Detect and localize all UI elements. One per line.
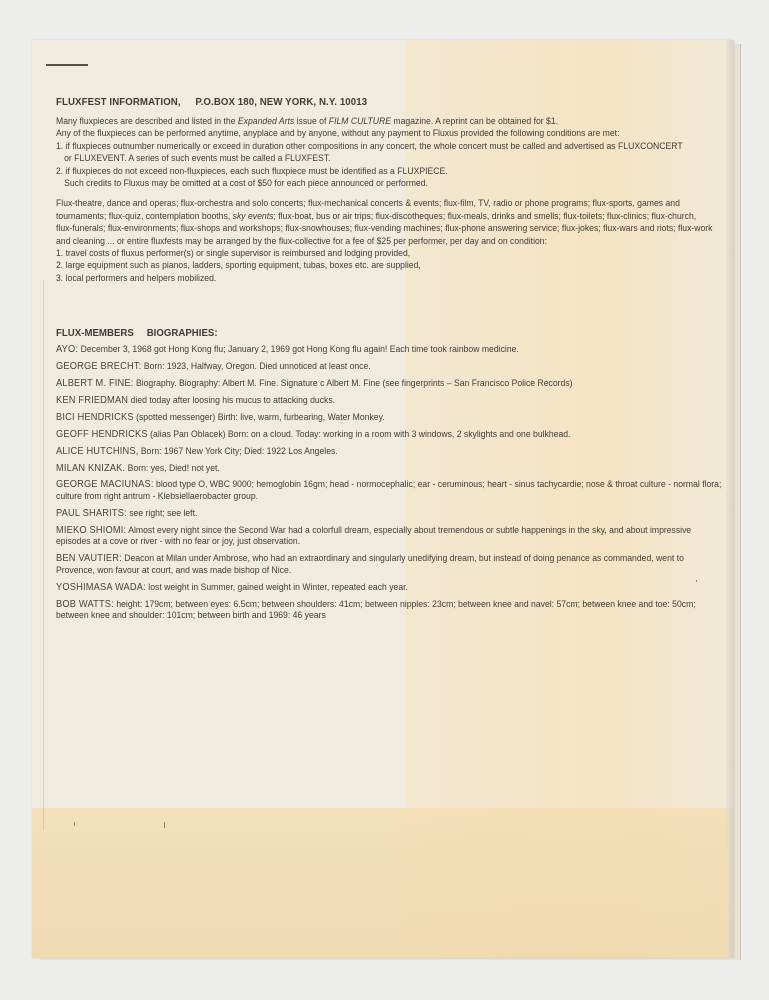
member-bio-text: Biography. Biography: Albert M. Fine. Si… <box>134 378 573 389</box>
member-name: BICI HENDRICKS <box>56 412 134 423</box>
condition-item: 1. if fluxpieces outnumber numerically o… <box>56 141 685 166</box>
biography-entry: MILAN KNIZAK. Born: yes, Died! not yet. <box>56 463 724 475</box>
member-bio-text: Born: 1967 New York City; Died: 1922 Los… <box>139 446 338 457</box>
biography-list: AYO: December 3, 1968 got Hong Kong flu;… <box>56 344 728 622</box>
sky-events: sky events <box>233 211 274 222</box>
biography-entry: BEN VAUTIER: Deacon at Milan under Ambro… <box>56 553 724 576</box>
heading-biographies: BIOGRAPHIES: <box>147 327 218 339</box>
member-name: BOB WATTS: <box>56 599 114 610</box>
member-bio-text: Almost every night since the Second War … <box>56 525 691 548</box>
speck <box>164 822 165 828</box>
intro-line-1: Many fluxpieces are described and listed… <box>56 116 722 128</box>
member-name: GEORGE BRECHT: <box>56 361 141 372</box>
member-bio-text: (spotted messenger) Birth: live, warm, f… <box>134 412 385 423</box>
intro-text: issue of <box>294 116 329 127</box>
member-name: GEOFF HENDRICKS <box>56 429 148 440</box>
member-bio-text: died today after loosing his mucus to at… <box>128 395 335 406</box>
biography-entry: BICI HENDRICKS (spotted messenger) Birth… <box>56 412 724 424</box>
member-bio-text: height: 179cm; between eyes: 6.5cm; betw… <box>56 599 696 622</box>
member-name: ALBERT M. FINE: <box>56 378 134 389</box>
member-name: MILAN KNIZAK. <box>56 463 125 474</box>
magazine-title: FILM CULTURE <box>329 116 391 127</box>
member-name: GEORGE MACIUNAS: <box>56 479 154 490</box>
biography-entry: YOSHIMASA WADA: lost weight in Summer, g… <box>56 582 724 594</box>
page-heading: FLUXFEST INFORMATION,P.O.BOX 180, NEW YO… <box>56 96 674 108</box>
document-content: FLUXFEST INFORMATION,P.O.BOX 180, NEW YO… <box>56 96 728 627</box>
condition-item: 2. if fluxpieces do not exceed non-fluxp… <box>56 166 722 178</box>
biography-entry: ALBERT M. FINE: Biography. Biography: Al… <box>56 378 724 390</box>
publication-title: Expanded Arts <box>238 116 294 127</box>
services-text: Flux-theatre, dance and operas; flux-orc… <box>56 198 713 248</box>
member-name: BEN VAUTIER: <box>56 553 122 564</box>
fold-line <box>43 280 44 830</box>
biography-entry: ALICE HUTCHINS, Born: 1967 New York City… <box>56 446 724 458</box>
document-page: FLUXFEST INFORMATION,P.O.BOX 180, NEW YO… <box>32 40 734 958</box>
intro-text: Many fluxpieces are described and listed… <box>56 116 238 127</box>
biography-entry: MIEKO SHIOMI: Almost every night since t… <box>56 525 724 548</box>
service-condition: 1. travel costs of fluxus performer(s) o… <box>56 248 722 260</box>
heading-address: P.O.BOX 180, NEW YORK, N.Y. 10013 <box>195 96 367 108</box>
biography-entry: AYO: December 3, 1968 got Hong Kong flu;… <box>56 344 724 356</box>
biography-entry: KEN FRIEDMAN died today after loosing hi… <box>56 395 724 407</box>
biography-entry: GEORGE BRECHT: Born: 1923, Halfway, Oreg… <box>56 361 724 373</box>
biography-entry: PAUL SHARITS: see right; see left. <box>56 508 724 520</box>
member-name: ALICE HUTCHINS, <box>56 446 139 457</box>
member-name: YOSHIMASA WADA: <box>56 582 146 593</box>
member-name: PAUL SHARITS: <box>56 508 127 519</box>
member-name: AYO: <box>56 344 78 355</box>
spacer <box>56 293 728 327</box>
service-condition: 2. large equipment such as pianos, ladde… <box>56 260 722 272</box>
member-bio-text: lost weight in Summer, gained weight in … <box>146 582 408 593</box>
intro-section: Many fluxpieces are described and listed… <box>56 116 722 190</box>
credits-note: Such credits to Fluxus may be omitted at… <box>56 178 722 190</box>
biography-entry: BOB WATTS: height: 179cm; between eyes: … <box>56 599 724 622</box>
heading-flux-members: FLUX-MEMBERS <box>56 327 134 339</box>
pen-mark-dash <box>46 64 88 66</box>
biography-entry: GEORGE MACIUNAS: blood type O, WBC 9000;… <box>56 479 724 502</box>
member-name: KEN FRIEDMAN <box>56 395 128 406</box>
paper-discoloration-bottom <box>32 808 734 958</box>
member-name: MIEKO SHIOMI: <box>56 525 126 536</box>
intro-text: magazine. A reprint can be obtained for … <box>391 116 558 127</box>
member-bio-text: (alias Pan Oblacek) Born: on a cloud. To… <box>148 429 571 440</box>
services-section: Flux-theatre, dance and operas; flux-orc… <box>56 198 722 285</box>
service-condition: 3. local performers and helpers mobilize… <box>56 273 722 285</box>
member-bio-text: Born: yes, Died! not yet. <box>125 463 220 474</box>
member-bio-text: Deacon at Milan under Ambrose, who had a… <box>56 553 684 576</box>
member-bio-text: blood type O, WBC 9000; hemoglobin 16gm;… <box>56 479 721 502</box>
intro-line-2: Any of the fluxpieces can be performed a… <box>56 128 677 140</box>
biography-entry: GEOFF HENDRICKS (alias Pan Oblacek) Born… <box>56 429 724 441</box>
member-bio-text: December 3, 1968 got Hong Kong flu; Janu… <box>78 344 519 355</box>
member-bio-text: see right; see left. <box>127 508 198 519</box>
biographies-heading: FLUX-MEMBERSBIOGRAPHIES: <box>56 327 674 339</box>
heading-title: FLUXFEST INFORMATION, <box>56 96 181 108</box>
member-bio-text: Born: 1923, Halfway, Oregon. Died unnoti… <box>141 361 370 372</box>
speck <box>74 822 75 826</box>
